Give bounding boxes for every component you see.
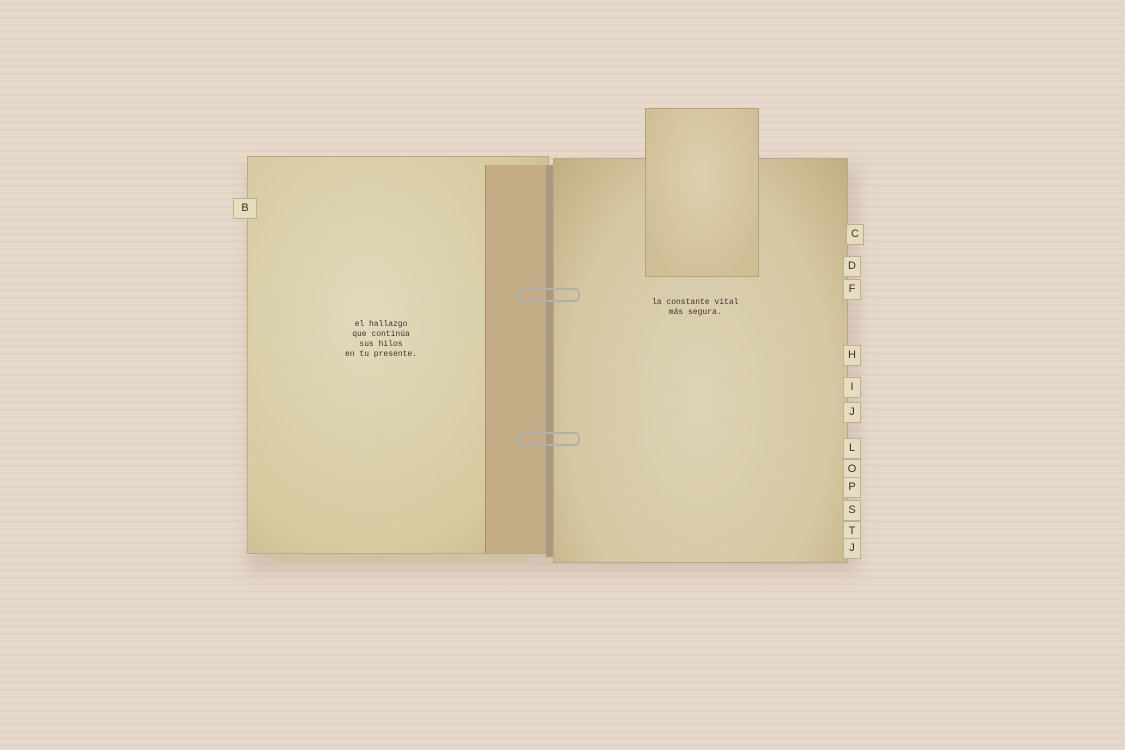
index-tab: D [843,256,861,277]
text-line: sus hilos [345,340,417,350]
index-tab: P [843,477,861,498]
inserted-card [645,108,759,277]
text-line: que continúa [345,330,417,340]
index-tab: J [843,402,861,423]
text-line: la constante vital [652,298,738,308]
binder-ring-top [518,288,580,302]
index-tab: S [843,500,861,521]
left-page-text: el hallazgo que continúa sus hilos en tu… [345,320,417,360]
index-tab: H [843,345,861,366]
binder-ring-bottom [518,432,580,446]
text-line: en tu presente. [345,350,417,360]
index-tab: J [843,538,861,559]
index-tab: L [843,438,861,459]
index-tab: F [843,279,861,300]
left-page-flap [485,165,548,553]
index-tab: I [843,377,861,398]
right-page-text: la constante vital más segura. [652,298,738,318]
photo-scene: el hallazgo que continúa sus hilos en tu… [0,0,1125,750]
text-line: más segura. [652,308,738,318]
text-line: el hallazgo [345,320,417,330]
index-tab-b: B [233,198,257,219]
index-tab: C [846,224,864,245]
